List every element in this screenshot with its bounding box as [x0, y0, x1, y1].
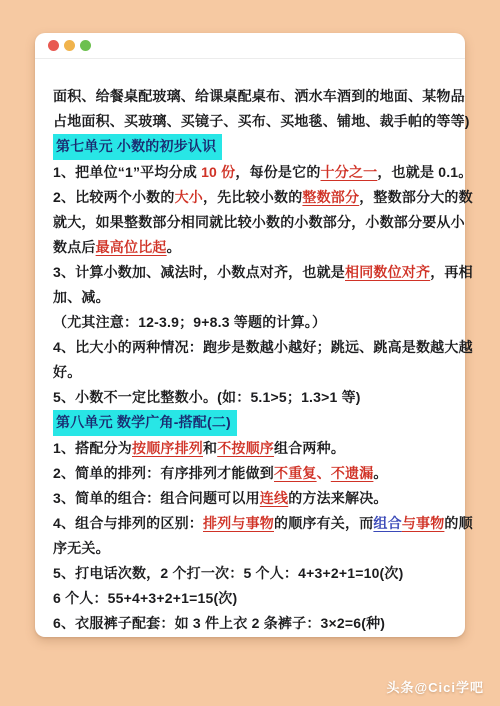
- text-line: 序无关。: [53, 536, 447, 561]
- text-segment: 好。: [53, 364, 81, 380]
- text-segment: 大小: [175, 189, 203, 205]
- text-segment: 5、打电话次数，2 个打一次：5 个人：4+3+2+1=10(次): [53, 565, 403, 581]
- text-line: 占地面积、买玻璃、买镜子、买布、买地毯、铺地、裁手帕的等等): [53, 109, 447, 134]
- text-line: 5、小数不一定比整数小。(如：5.1>5；1.3>1 等): [53, 385, 447, 410]
- text-segment: 不重复: [274, 465, 317, 481]
- text-segment: ，每份是它的: [235, 164, 320, 180]
- text-segment: 不遗漏: [331, 465, 374, 481]
- text-segment: 最高位比起: [96, 239, 167, 255]
- card-content: 面积、给餐桌配玻璃、给课桌配桌布、洒水车酒到的地面、某物品占地面积、买玻璃、买镜…: [35, 59, 465, 636]
- text-segment: 与事物: [402, 515, 445, 531]
- text-line: 2、比较两个小数的大小，先比较小数的整数部分，整数部分大的数: [53, 185, 447, 210]
- text-segment: ，再相: [430, 264, 473, 280]
- section-header: 第八单元 数学广角-搭配(二): [53, 410, 447, 436]
- text-line: 4、组合与排列的区别：排列与事物的顺序有关，而组合与事物的顺: [53, 511, 447, 536]
- section-header-highlight: 第八单元 数学广角-搭配(二): [53, 410, 237, 436]
- text-line: 面积、给餐桌配玻璃、给课桌配桌布、洒水车酒到的地面、某物品: [53, 84, 447, 109]
- notes-card: 面积、给餐桌配玻璃、给课桌配桌布、洒水车酒到的地面、某物品占地面积、买玻璃、买镜…: [35, 33, 465, 637]
- close-button-icon[interactable]: [48, 40, 59, 51]
- text-segment: 4、比大小的两种情况：跑步是数越小越好；跳远、跳高是数越大越: [53, 339, 473, 355]
- text-segment: 组合: [373, 515, 401, 531]
- section-header-highlight: 第七单元 小数的初步认识: [53, 134, 222, 160]
- text-segment: 的顺序有关，而: [274, 515, 373, 531]
- text-segment: ，先比较小数的: [203, 189, 302, 205]
- text-segment: 5、小数不一定比整数小。(如：5.1>5；1.3>1 等): [53, 389, 361, 405]
- text-segment: （尤其注意：12-3.9；9+8.3 等题的计算。）: [53, 314, 326, 330]
- text-segment: 、: [317, 465, 331, 481]
- text-segment: 序无关。: [53, 540, 110, 556]
- maximize-button-icon[interactable]: [80, 40, 91, 51]
- text-segment: 相同数位对齐: [345, 264, 430, 280]
- minimize-button-icon[interactable]: [64, 40, 75, 51]
- text-segment: 第七单元 小数的初步认识: [56, 138, 216, 154]
- text-segment: 占地面积、买玻璃、买镜子、买布、买地毯、铺地、裁手帕的等等): [53, 113, 470, 129]
- text-segment: 组合两种。: [274, 440, 345, 456]
- text-segment: 4、组合与排列的区别：: [53, 515, 203, 531]
- text-line: 6 个人：55+4+3+2+1=15(次): [53, 586, 447, 611]
- text-segment: 和: [203, 440, 217, 456]
- text-segment: 面积、给餐桌配玻璃、给课桌配桌布、洒水车酒到的地面、某物品: [53, 88, 465, 104]
- text-segment: 按顺序排列: [132, 440, 203, 456]
- text-line: 就大，如果整数部分相同就比较小数的小数部分，小数部分要从小: [53, 210, 447, 235]
- text-line: 数点后最高位比起。: [53, 235, 447, 260]
- text-line: 加、减。: [53, 285, 447, 310]
- text-segment: 3、计算小数加、减法时，小数点对齐，也就是: [53, 264, 345, 280]
- text-line: （尤其注意：12-3.9；9+8.3 等题的计算。）: [53, 310, 447, 335]
- section-header: 第七单元 小数的初步认识: [53, 134, 447, 160]
- text-line: 1、把单位“1”平均分成 10 份，每份是它的十分之一，也就是 0.1。: [53, 160, 447, 185]
- text-segment: 连线: [260, 490, 288, 506]
- text-line: 1、搭配分为按顺序排列和不按顺序组合两种。: [53, 436, 447, 461]
- text-segment: 1、把单位“1”平均分成: [53, 164, 201, 180]
- text-segment: 的顺: [444, 515, 472, 531]
- text-segment: ，也就是 0.1。: [377, 164, 472, 180]
- text-segment: 。: [167, 239, 181, 255]
- text-segment: 6 个人：55+4+3+2+1=15(次): [53, 590, 237, 606]
- text-segment: 数点后: [53, 239, 96, 255]
- text-segment: 3、简单的组合：组合问题可以用: [53, 490, 260, 506]
- text-segment: 10 份: [201, 164, 235, 180]
- text-segment: ，整数部分大的数: [359, 189, 473, 205]
- text-segment: 整数部分: [302, 189, 359, 205]
- window-titlebar: [35, 33, 465, 59]
- text-segment: 2、简单的排列：有序排列才能做到: [53, 465, 274, 481]
- text-segment: 2、比较两个小数的: [53, 189, 175, 205]
- text-segment: 第八单元 数学广角-搭配(二): [56, 414, 231, 430]
- text-line: 6、衣服裤子配套：如 3 件上衣 2 条裤子：3×2=6(种): [53, 611, 447, 636]
- text-segment: 。: [373, 465, 387, 481]
- text-segment: 十分之一: [321, 164, 378, 180]
- text-line: 3、计算小数加、减法时，小数点对齐，也就是相同数位对齐，再相: [53, 260, 447, 285]
- text-line: 4、比大小的两种情况：跑步是数越小越好；跳远、跳高是数越大越: [53, 335, 447, 360]
- text-segment: 6、衣服裤子配套：如 3 件上衣 2 条裤子：3×2=6(种): [53, 615, 385, 631]
- watermark: 头条@Cici学吧: [386, 677, 484, 696]
- page-background: { "window": { "controls": [ {"name": "cl…: [0, 0, 500, 706]
- text-segment: 排列与事物: [203, 515, 274, 531]
- text-segment: 不按顺序: [217, 440, 274, 456]
- text-segment: 加、减。: [53, 289, 110, 305]
- text-segment: 就大，如果整数部分相同就比较小数的小数部分，小数部分要从小: [53, 214, 465, 230]
- text-line: 2、简单的排列：有序排列才能做到不重复、不遗漏。: [53, 461, 447, 486]
- text-segment: 的方法来解决。: [288, 490, 387, 506]
- text-line: 5、打电话次数，2 个打一次：5 个人：4+3+2+1=10(次): [53, 561, 447, 586]
- text-line: 好。: [53, 360, 447, 385]
- text-segment: 1、搭配分为: [53, 440, 132, 456]
- text-line: 3、简单的组合：组合问题可以用连线的方法来解决。: [53, 486, 447, 511]
